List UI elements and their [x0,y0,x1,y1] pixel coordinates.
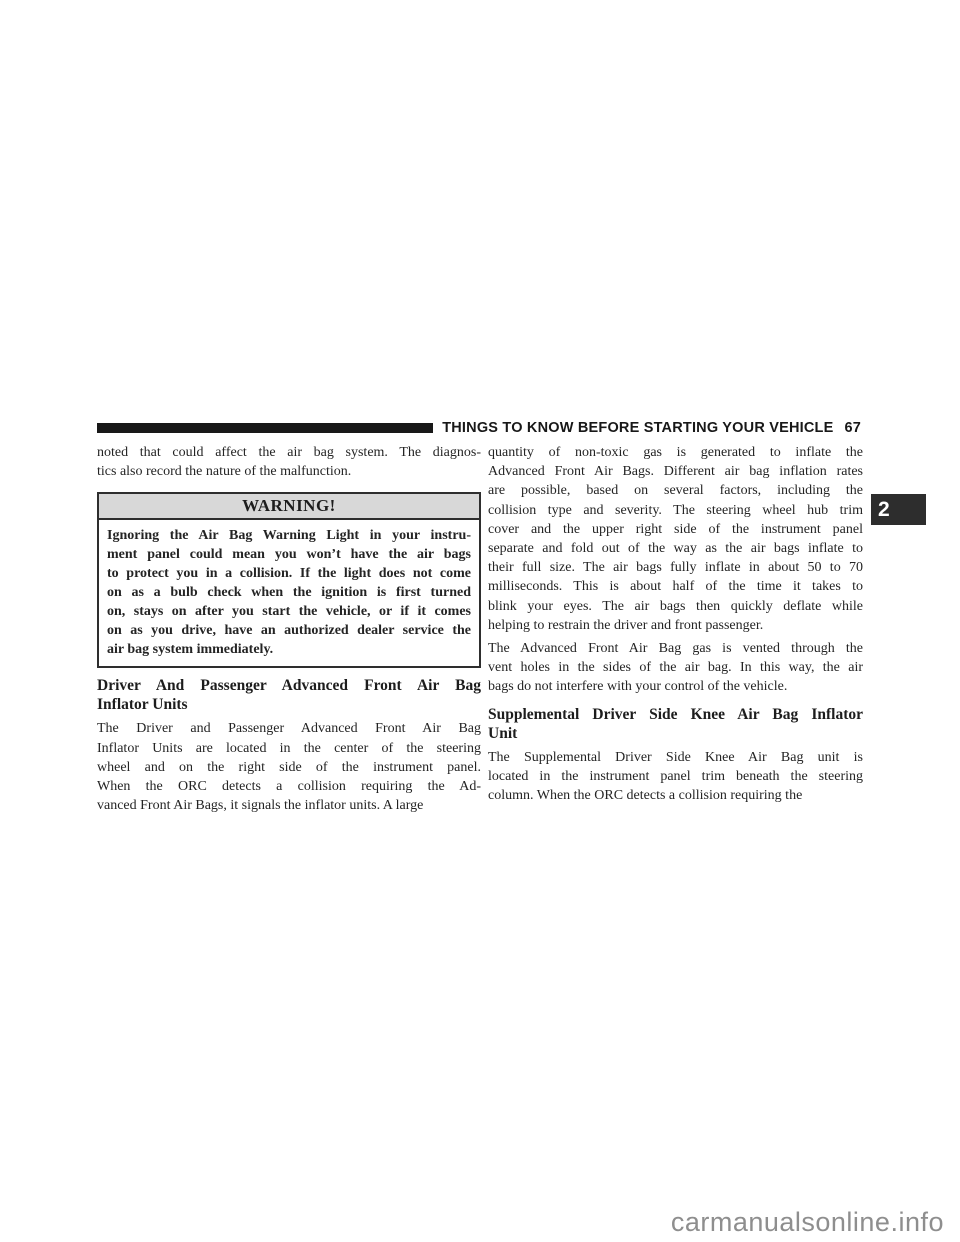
watermark: carmanualsonline.info [671,1207,944,1238]
section-heading-inflator-units: Driver And Passenger Advanced Front Air … [97,676,481,714]
warning-title: WARNING! [99,494,479,520]
body-paragraph: quantity of non-toxic gas is generated t… [488,443,863,635]
left-column: noted that could affect the air bag syst… [97,443,481,815]
body-paragraph: noted that could affect the air bag syst… [97,443,481,481]
chapter-tab-label: 2 [878,498,890,522]
page-number: 67 [844,420,861,436]
running-header-title: THINGS TO KNOW BEFORE STARTING YOUR VEHI… [442,420,833,436]
warning-body: Ignoring the Air Bag Warning Light in yo… [99,520,479,666]
header-rule [97,423,433,433]
right-column: quantity of non-toxic gas is generated t… [488,443,863,805]
section-heading-knee-air-bag: Supplemental Driver Side Knee Air Bag In… [488,705,863,743]
running-header: THINGS TO KNOW BEFORE STARTING YOUR VEHI… [97,418,861,438]
body-paragraph: The Driver and Passenger Advanced Front … [97,719,481,815]
warning-box: WARNING! Ignoring the Air Bag Warning Li… [97,492,481,668]
body-paragraph: The Supplemental Driver Side Knee Air Ba… [488,748,863,806]
chapter-tab: 2 [871,494,926,525]
body-paragraph: The Advanced Front Air Bag gas is vented… [488,639,863,697]
